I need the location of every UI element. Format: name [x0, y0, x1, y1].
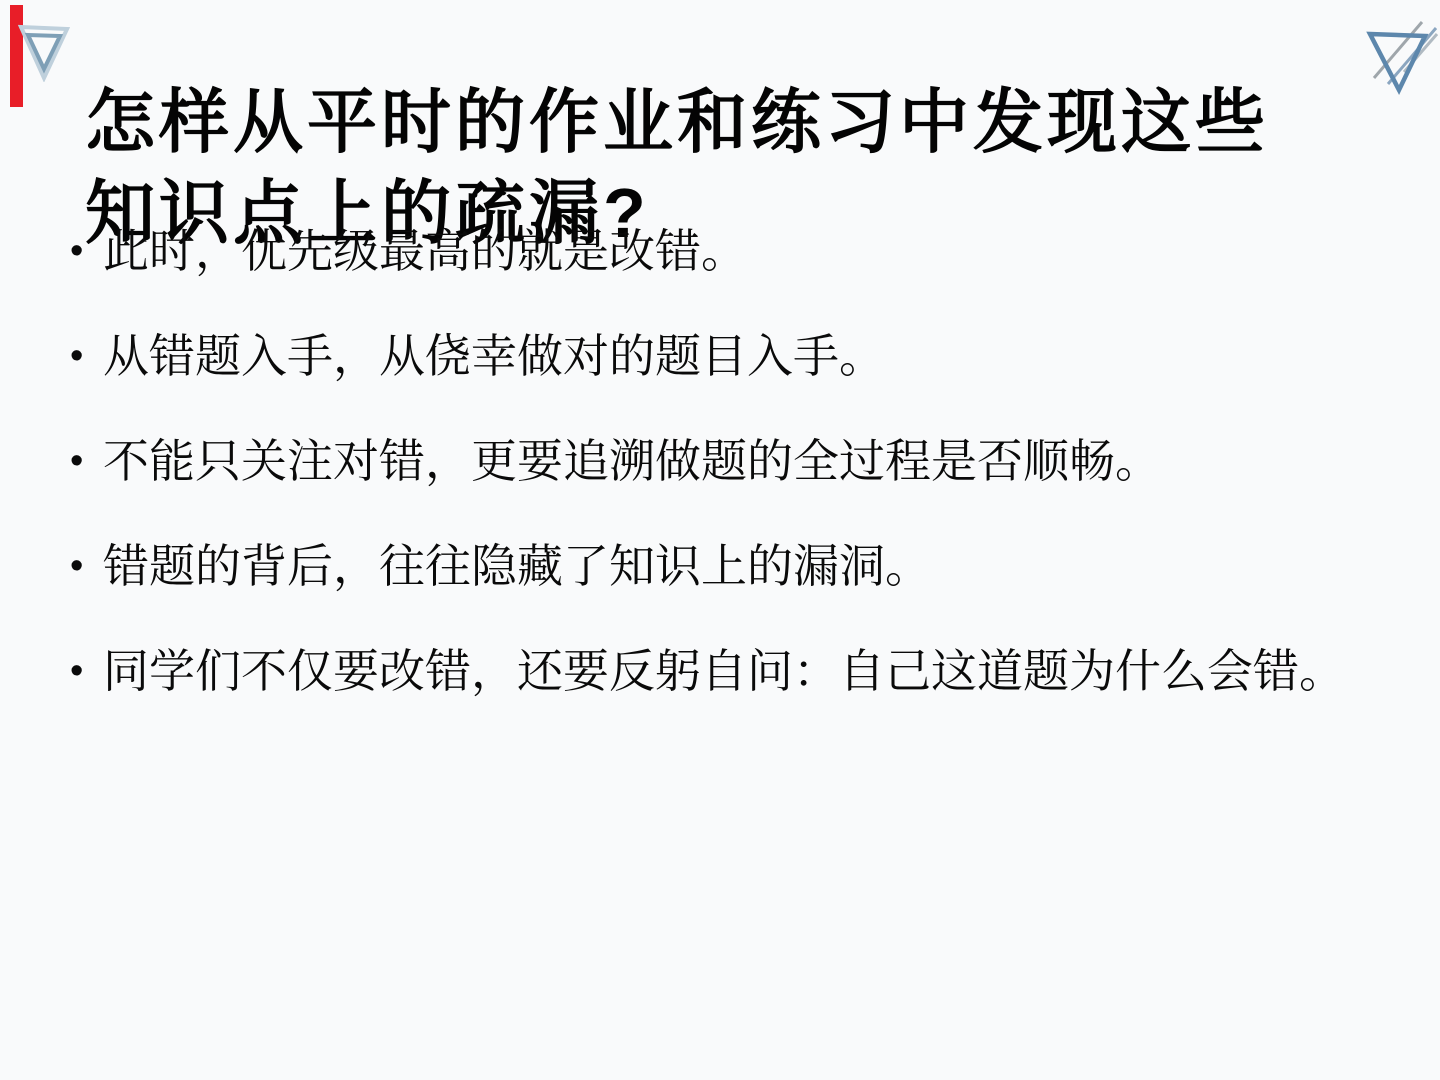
inverted-triangle-icon — [18, 22, 70, 82]
bullet-dot: • — [70, 528, 103, 604]
list-item: • 此时，优先级最高的就是改错。 — [70, 213, 1406, 289]
bullet-list: • 此时，优先级最高的就是改错。 • 从错题入手，从侥幸做对的题目入手。 • 不… — [70, 213, 1406, 738]
bullet-dot: • — [70, 633, 103, 709]
bullet-dot: • — [70, 213, 103, 289]
bullet-text: 不能只关注对错，更要追溯做题的全过程是否顺畅。 — [103, 423, 1406, 499]
bullet-text: 此时，优先级最高的就是改错。 — [103, 213, 1406, 289]
list-item: • 同学们不仅要改错，还要反躬自问：自己这道题为什么会错。 — [70, 633, 1406, 709]
bullet-text: 从错题入手，从侥幸做对的题目入手。 — [103, 318, 1406, 394]
bullet-dot: • — [70, 318, 103, 394]
presentation-slide: 怎样从平时的作业和练习中发现这些 知识点上的疏漏? • 此时，优先级最高的就是改… — [0, 0, 1440, 1080]
slide-title-line1: 怎样从平时的作业和练习中发现这些 — [85, 77, 1395, 168]
list-item: • 从错题入手，从侥幸做对的题目入手。 — [70, 318, 1406, 394]
list-item: • 不能只关注对错，更要追溯做题的全过程是否顺畅。 — [70, 423, 1406, 499]
bullet-text: 错题的背后，往往隐藏了知识上的漏洞。 — [103, 528, 1406, 604]
bullet-text: 同学们不仅要改错，还要反躬自问：自己这道题为什么会错。 — [103, 633, 1406, 709]
list-item: • 错题的背后，往往隐藏了知识上的漏洞。 — [70, 528, 1406, 604]
bullet-dot: • — [70, 423, 103, 499]
